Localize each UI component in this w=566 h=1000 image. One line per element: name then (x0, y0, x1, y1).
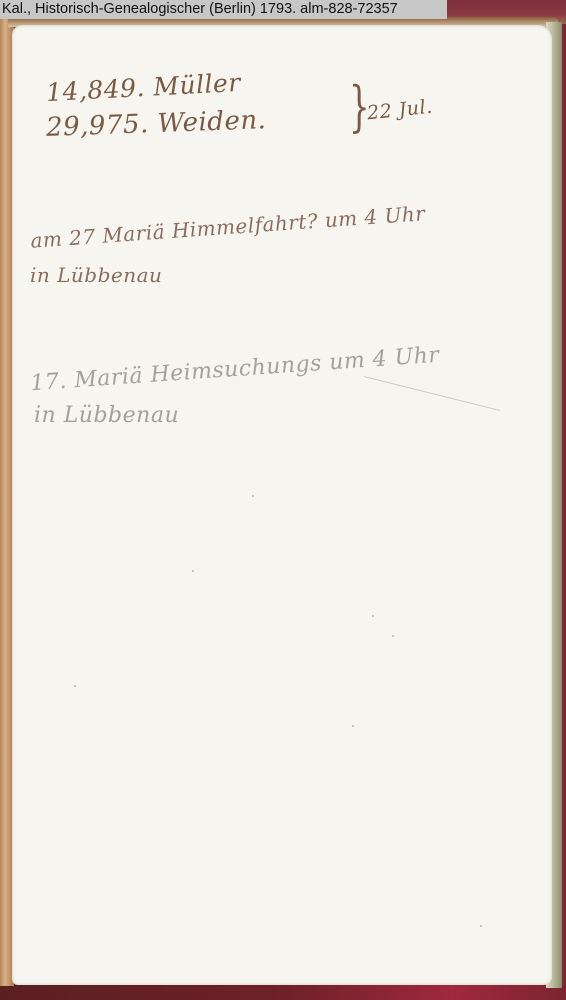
ink-note-line-2: in Lübbenau (30, 263, 162, 287)
paper-speck (252, 495, 254, 497)
paper-speck (192, 570, 194, 572)
paper-speck (392, 635, 394, 637)
pencil-note-line-2: in Lübbenau (34, 403, 179, 428)
ink-note-line-1: am 27 Mariä Himmelfahrt? um 4 Uhr (30, 201, 426, 253)
pencil-note-line-1: 17. Mariä Heimsuchungs um 4 Uhr (30, 343, 441, 397)
ink-entry-line-2: 29,975. Weiden. (46, 105, 267, 143)
document-page: 14,849. Müller 29,975. Weiden. } 22 Jul.… (12, 25, 552, 985)
ink-entry-date: 22 Jul. (366, 96, 434, 125)
paper-speck (352, 725, 354, 727)
paper-speck (372, 615, 374, 617)
paper-speck (74, 685, 76, 687)
book-cover-bottom (0, 985, 566, 1000)
pencil-stray-stroke (364, 376, 500, 411)
paper-speck (480, 925, 482, 927)
image-caption: Kal., Historisch-Genealogischer (Berlin)… (0, 0, 447, 19)
ink-entry-line-1: 14,849. Müller (45, 68, 241, 107)
